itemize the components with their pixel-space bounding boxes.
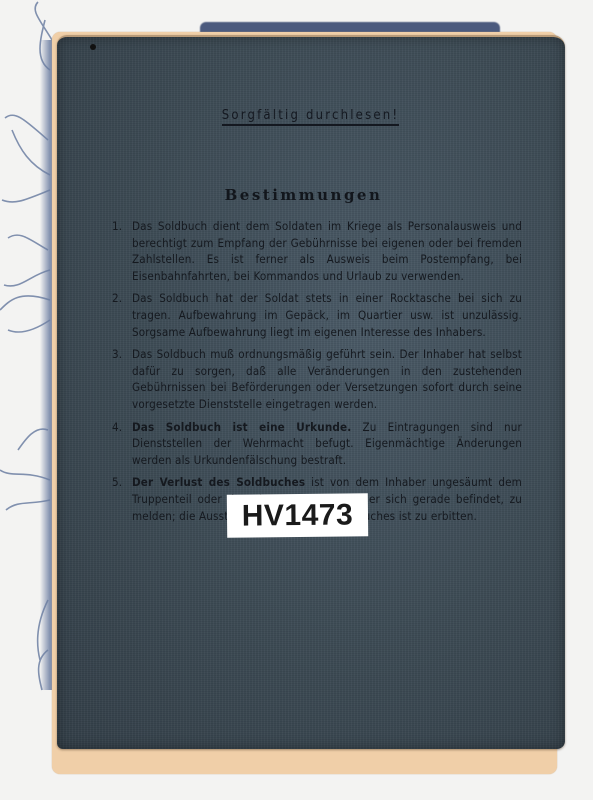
rule-number: 4. [112,419,122,436]
rule-item: 4. Das Soldbuch ist eine Urkunde. Zu Ein… [112,419,522,469]
rule-item: 3. Das Soldbuch muß ordnungsmäßig geführ… [112,346,522,412]
regulations-title: Bestimmungen [0,186,593,204]
rule-item: 1. Das Soldbuch dient dem Soldaten im Kr… [112,218,522,284]
rule-lead: Der Verlust des Soldbuches [132,475,305,489]
rule-number: 3. [112,346,122,363]
rule-text: Das Soldbuch dient dem Soldaten im Krieg… [132,219,522,283]
rule-number: 5. [112,474,122,491]
regulations-list: 1. Das Soldbuch dient dem Soldaten im Kr… [112,218,522,530]
rule-text: Das Soldbuch hat der Soldat stets in ein… [132,291,522,338]
punch-hole [90,44,96,50]
rule-number: 2. [112,290,122,307]
document-scene: Sorgfältig durchlesen! Bestimmungen 1. D… [0,0,593,800]
rule-text: Das Soldbuch muß ordnungsmäßig geführt s… [132,347,522,411]
rule-item: 2. Das Soldbuch hat der Soldat stets in … [112,290,522,340]
title-text: Bestimmungen [225,186,383,204]
rule-lead: Das Soldbuch ist eine Urkunde. [132,420,351,434]
inventory-label: HV1473 [227,493,368,537]
rule-number: 1. [112,218,122,235]
